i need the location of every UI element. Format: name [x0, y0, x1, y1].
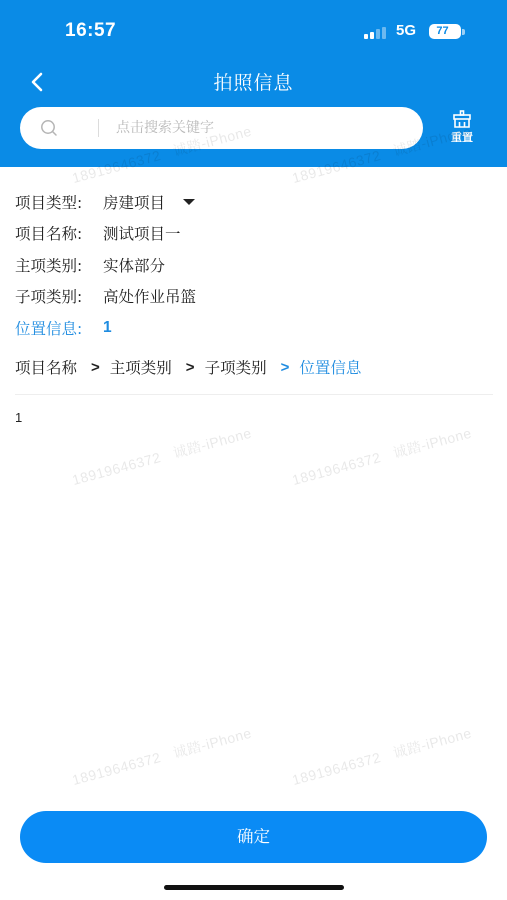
breadcrumb: 项目名称 > 主项类别 > 子项类别 > 位置信息 — [15, 356, 361, 378]
watermark-phone: 18919646372 — [70, 749, 162, 788]
search-input[interactable] — [116, 107, 406, 149]
main-category-value: 实体部分 — [103, 254, 165, 276]
search-bar[interactable] — [20, 107, 423, 149]
watermark-phone: 18919646372 — [290, 449, 382, 488]
location-value: 1 — [103, 319, 112, 337]
screen: 16:57 5G 77 拍照信息 — [0, 0, 507, 900]
project-name-label: 项目名称: — [15, 222, 103, 244]
project-name-value: 测试项目一 — [103, 222, 181, 244]
breadcrumb-separator: > — [281, 359, 290, 376]
watermark: 18919646372 诚踏-iPhone — [290, 723, 474, 790]
watermark: 18919646372 诚踏-iPhone — [70, 723, 254, 790]
confirm-button[interactable]: 确定 — [20, 811, 487, 863]
watermark-device: 诚踏-iPhone — [391, 425, 473, 461]
home-indicator — [164, 885, 344, 890]
watermark-device: 诚踏-iPhone — [391, 725, 473, 761]
battery-level: 77 — [429, 24, 456, 39]
watermark-phone: 18919646372 — [290, 749, 382, 788]
sub-category-value: 高处作业吊篮 — [103, 285, 196, 307]
caret-down-icon[interactable] — [183, 199, 195, 205]
watermark: 18919646372 诚踏-iPhone — [70, 423, 254, 490]
sub-category-label: 子项类别: — [15, 285, 103, 307]
breadcrumb-location[interactable]: 位置信息 — [299, 356, 361, 378]
project-type-value[interactable]: 房建项目 — [103, 191, 165, 213]
status-time: 16:57 — [65, 20, 116, 42]
divider — [15, 394, 493, 395]
project-type-label: 项目类型: — [15, 191, 103, 213]
watermark-device: 诚踏-iPhone — [171, 725, 253, 761]
search-divider — [98, 119, 99, 137]
header: 16:57 5G 77 拍照信息 — [0, 0, 507, 167]
reset-button[interactable]: 重置 — [440, 108, 484, 150]
breadcrumb-main-category[interactable]: 主项类别 — [110, 356, 172, 378]
info-row-project-name: 项目名称: 测试项目一 — [15, 218, 196, 250]
info-row-location: 位置信息: 1 — [15, 312, 196, 344]
network-type: 5G — [396, 22, 416, 39]
battery-cap — [462, 29, 465, 35]
info-row-main-category: 主项类别: 实体部分 — [15, 249, 196, 281]
breadcrumb-sub-category[interactable]: 子项类别 — [205, 356, 267, 378]
watermark: 18919646372 诚踏-iPhone — [290, 423, 474, 490]
info-row-project-type[interactable]: 项目类型: 房建项目 — [15, 186, 196, 218]
reset-label: 重置 — [440, 129, 484, 145]
location-label: 位置信息: — [15, 317, 103, 339]
nav-bar: 拍照信息 — [0, 60, 507, 102]
search-icon — [40, 119, 58, 137]
page-title: 拍照信息 — [0, 68, 507, 95]
main-category-label: 主项类别: — [15, 254, 103, 276]
info-row-sub-category: 子项类别: 高处作业吊篮 — [15, 281, 196, 313]
signal-icon — [364, 27, 390, 39]
watermark-phone: 18919646372 — [70, 449, 162, 488]
breadcrumb-separator: > — [91, 359, 100, 376]
status-bar: 16:57 5G 77 — [0, 0, 507, 60]
broom-icon — [452, 110, 472, 128]
breadcrumb-project-name[interactable]: 项目名称 — [15, 356, 77, 378]
info-section: 项目类型: 房建项目 项目名称: 测试项目一 主项类别: 实体部分 子项类别: … — [15, 186, 196, 344]
breadcrumb-separator: > — [186, 359, 195, 376]
watermark-device: 诚踏-iPhone — [171, 425, 253, 461]
battery-icon: 77 — [429, 24, 461, 39]
list-item[interactable]: 1 — [15, 410, 22, 425]
